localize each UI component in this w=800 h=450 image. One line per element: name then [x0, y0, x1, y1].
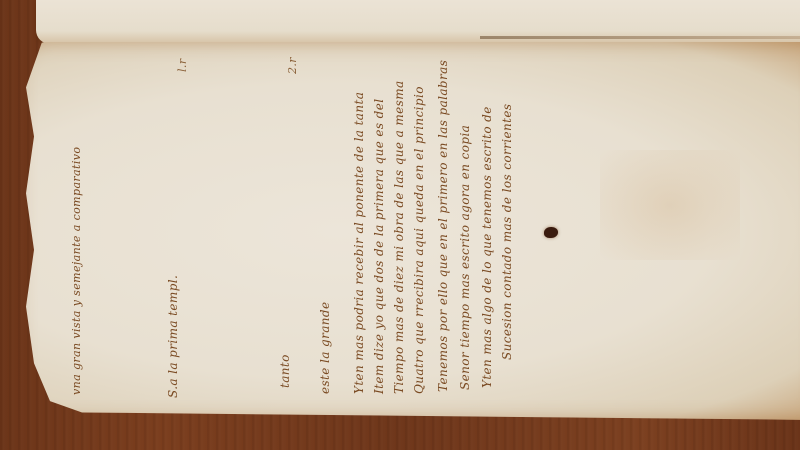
- text-line-3: Tiempo mas de diez mi obra de las que a …: [392, 80, 406, 394]
- text-line-5: Tenemos por ello que en el primero en la…: [436, 60, 450, 392]
- annotation-tanto: tanto: [278, 354, 292, 388]
- margin-note: vna gran vista y semejante a comparativo: [70, 147, 83, 395]
- annotation-lr: l.r: [176, 59, 189, 72]
- text-line-1: Yten mas podria recebir al ponente de la…: [352, 92, 366, 394]
- text-line-7: Yten mas algo de lo que tenemos escrito …: [480, 106, 494, 388]
- annotation-prima-templ: S.a la prima templ.: [166, 275, 180, 398]
- water-stain: [600, 150, 740, 260]
- annotation-grande: este la grande: [318, 302, 332, 395]
- text-line-8: Sucesion contado mas de los corrientes: [500, 104, 514, 360]
- annotation-2r: 2.r: [286, 57, 299, 74]
- fold-crease: [480, 36, 800, 39]
- paper-hole: [544, 227, 558, 238]
- text-line-6: Senor tiempo mas escrito agora en copia: [458, 125, 472, 390]
- text-line-4: Quatro que rrecibira aqui queda en el pr…: [412, 86, 426, 394]
- text-line-2: Item dize yo que dos de la primera que e…: [372, 98, 386, 394]
